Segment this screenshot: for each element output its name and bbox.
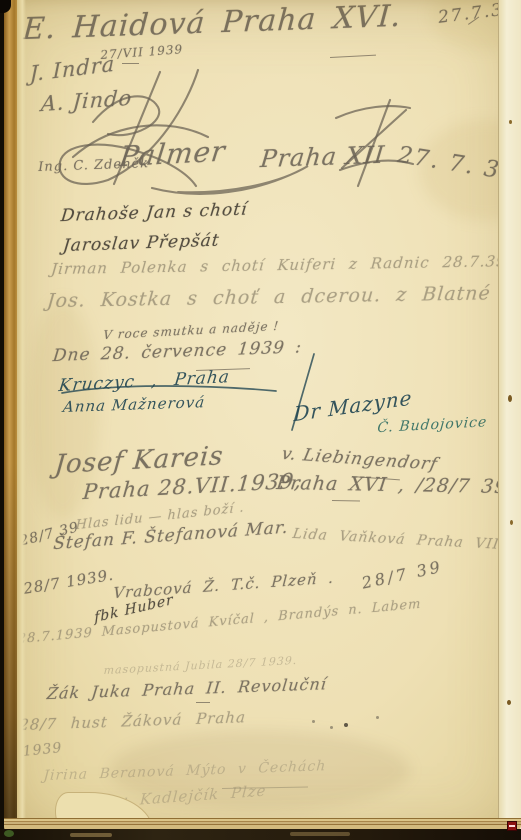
ink-underline [330,55,376,58]
page-inner-edge [17,0,26,840]
paper-speck [507,700,511,705]
paper-speck [509,120,512,124]
entry-lida-vankova: Lida Vaňková Praha VII . [291,526,517,554]
ink-dot [344,723,348,727]
red-minus-icon [507,821,517,831]
scanned-guestbook-page: E. Haidová Praha XVI. 27.7.39 27/VII 193… [0,0,521,840]
scan-edge-left [0,0,4,840]
entry-liebingendorf: v. Liebingendorf [280,444,440,475]
ink-underline [332,500,360,501]
ink-dot [312,720,315,723]
entry-anna-maznerova: Anna Mažnerová [62,393,206,416]
ink-dot [376,716,379,719]
paper-speck [510,520,513,525]
entry-masopustova: 28.7.1939 Masopustová Kvíčal , Brandýs n… [18,597,422,647]
paper-speck [508,395,512,402]
bottom-highlight [290,832,350,836]
entry-287-1939: 28/7 1939. [22,566,115,598]
entry-zak-juka: Žák Juka Praha II. Revoluční [46,674,328,703]
entry-polenka: Jirman Polenka s chotí Kuiferi z Radnic … [50,252,507,278]
entry-budejovice: Č. Budojovice [377,414,488,436]
entry-kostka: Jos. Kostka s choť a dcerou. z Blatné [46,282,492,312]
moss-speck [4,830,14,837]
entry-2873-right: 28/7 39 [360,557,445,593]
ink-underline [196,702,210,703]
entry-masopustna-small: masopustná Jubila 28/7 1939. [103,654,297,677]
ink-dot [330,726,333,729]
bottom-highlight [70,833,112,837]
entry-praha-xvi-28-7: Praha XVI , /28/7 39 [275,472,509,498]
entry-jaroslav-prepsat: Jaroslav Přepšát [62,231,221,257]
entry-haidova: E. Haidová Praha XVI. [22,0,403,47]
entry-drahose: Drahoše Jan s chotí [60,199,249,226]
entry-zakova: 28/7 hust Žáková Praha [19,708,247,734]
entry-1939: 1939 [22,740,63,760]
signature-flourish [288,352,318,432]
